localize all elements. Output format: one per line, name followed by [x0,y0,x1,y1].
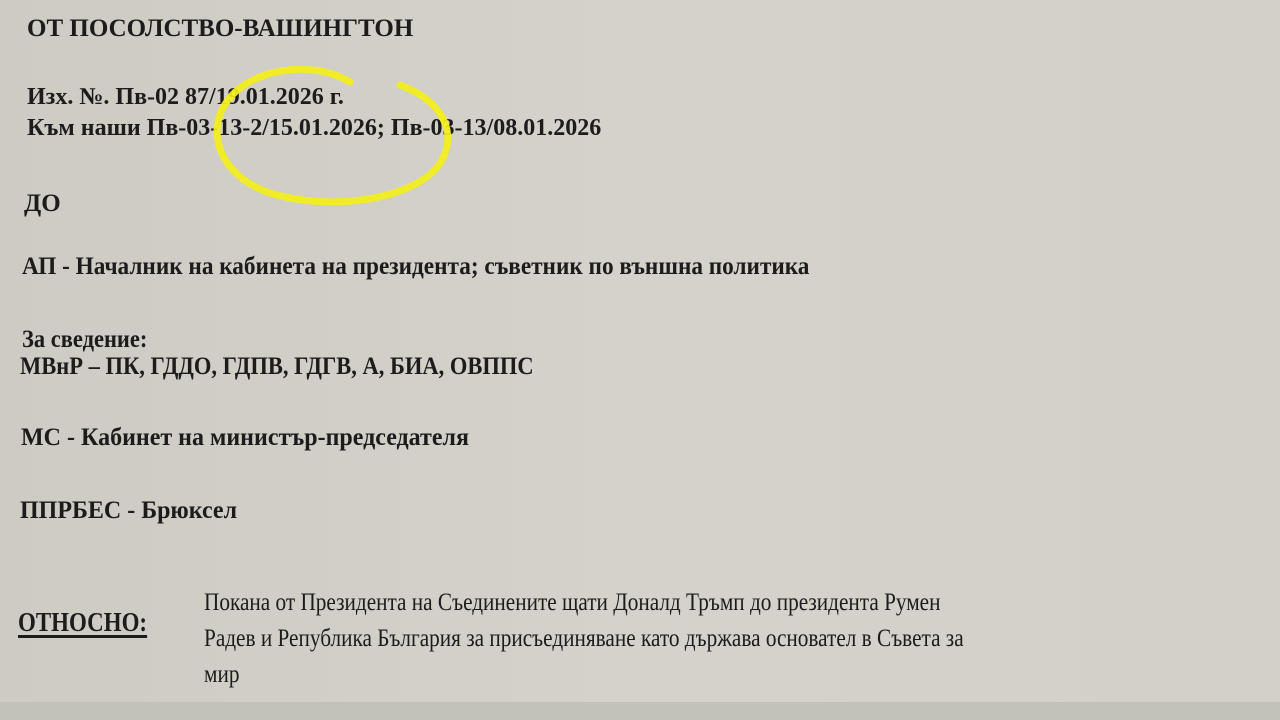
subject-label: ОТНОСНО: [18,607,147,638]
document-page: ОТ ПОСОЛСТВО-ВАШИНГТОН Изх. №. Пв-02 87/… [0,0,1280,702]
subject-line: мир [204,657,1105,693]
page-edge [0,702,1280,720]
reply-to-reference: Към наши Пв-03-13-2/15.01.2026; Пв-03-13… [27,115,601,142]
primary-recipient: АП - Началник на кабинета на президента;… [22,253,809,281]
subject-line: Радев и Република България за присъединя… [204,621,1105,657]
for-info-list: МВнР – ПК, ГДДО, ГДПВ, ГДГВ, А, БИА, ОВП… [20,353,534,381]
cc-ministers-council: МС - Кабинет на министър-председателя [21,424,469,452]
cc-brussels: ППРБЕС - Брюксел [20,497,237,525]
subject-text: Покана от Президента на Съединените щати… [204,585,1105,693]
for-info-label: За сведение: [22,326,147,354]
subject-line: Покана от Президента на Съединените щати… [204,585,1105,621]
outgoing-reference: Изх. №. Пв-02 87/19.01.2026 г. [27,84,344,111]
to-label: ДО [24,190,61,218]
sender-heading: ОТ ПОСОЛСТВО-ВАШИНГТОН [27,15,413,43]
